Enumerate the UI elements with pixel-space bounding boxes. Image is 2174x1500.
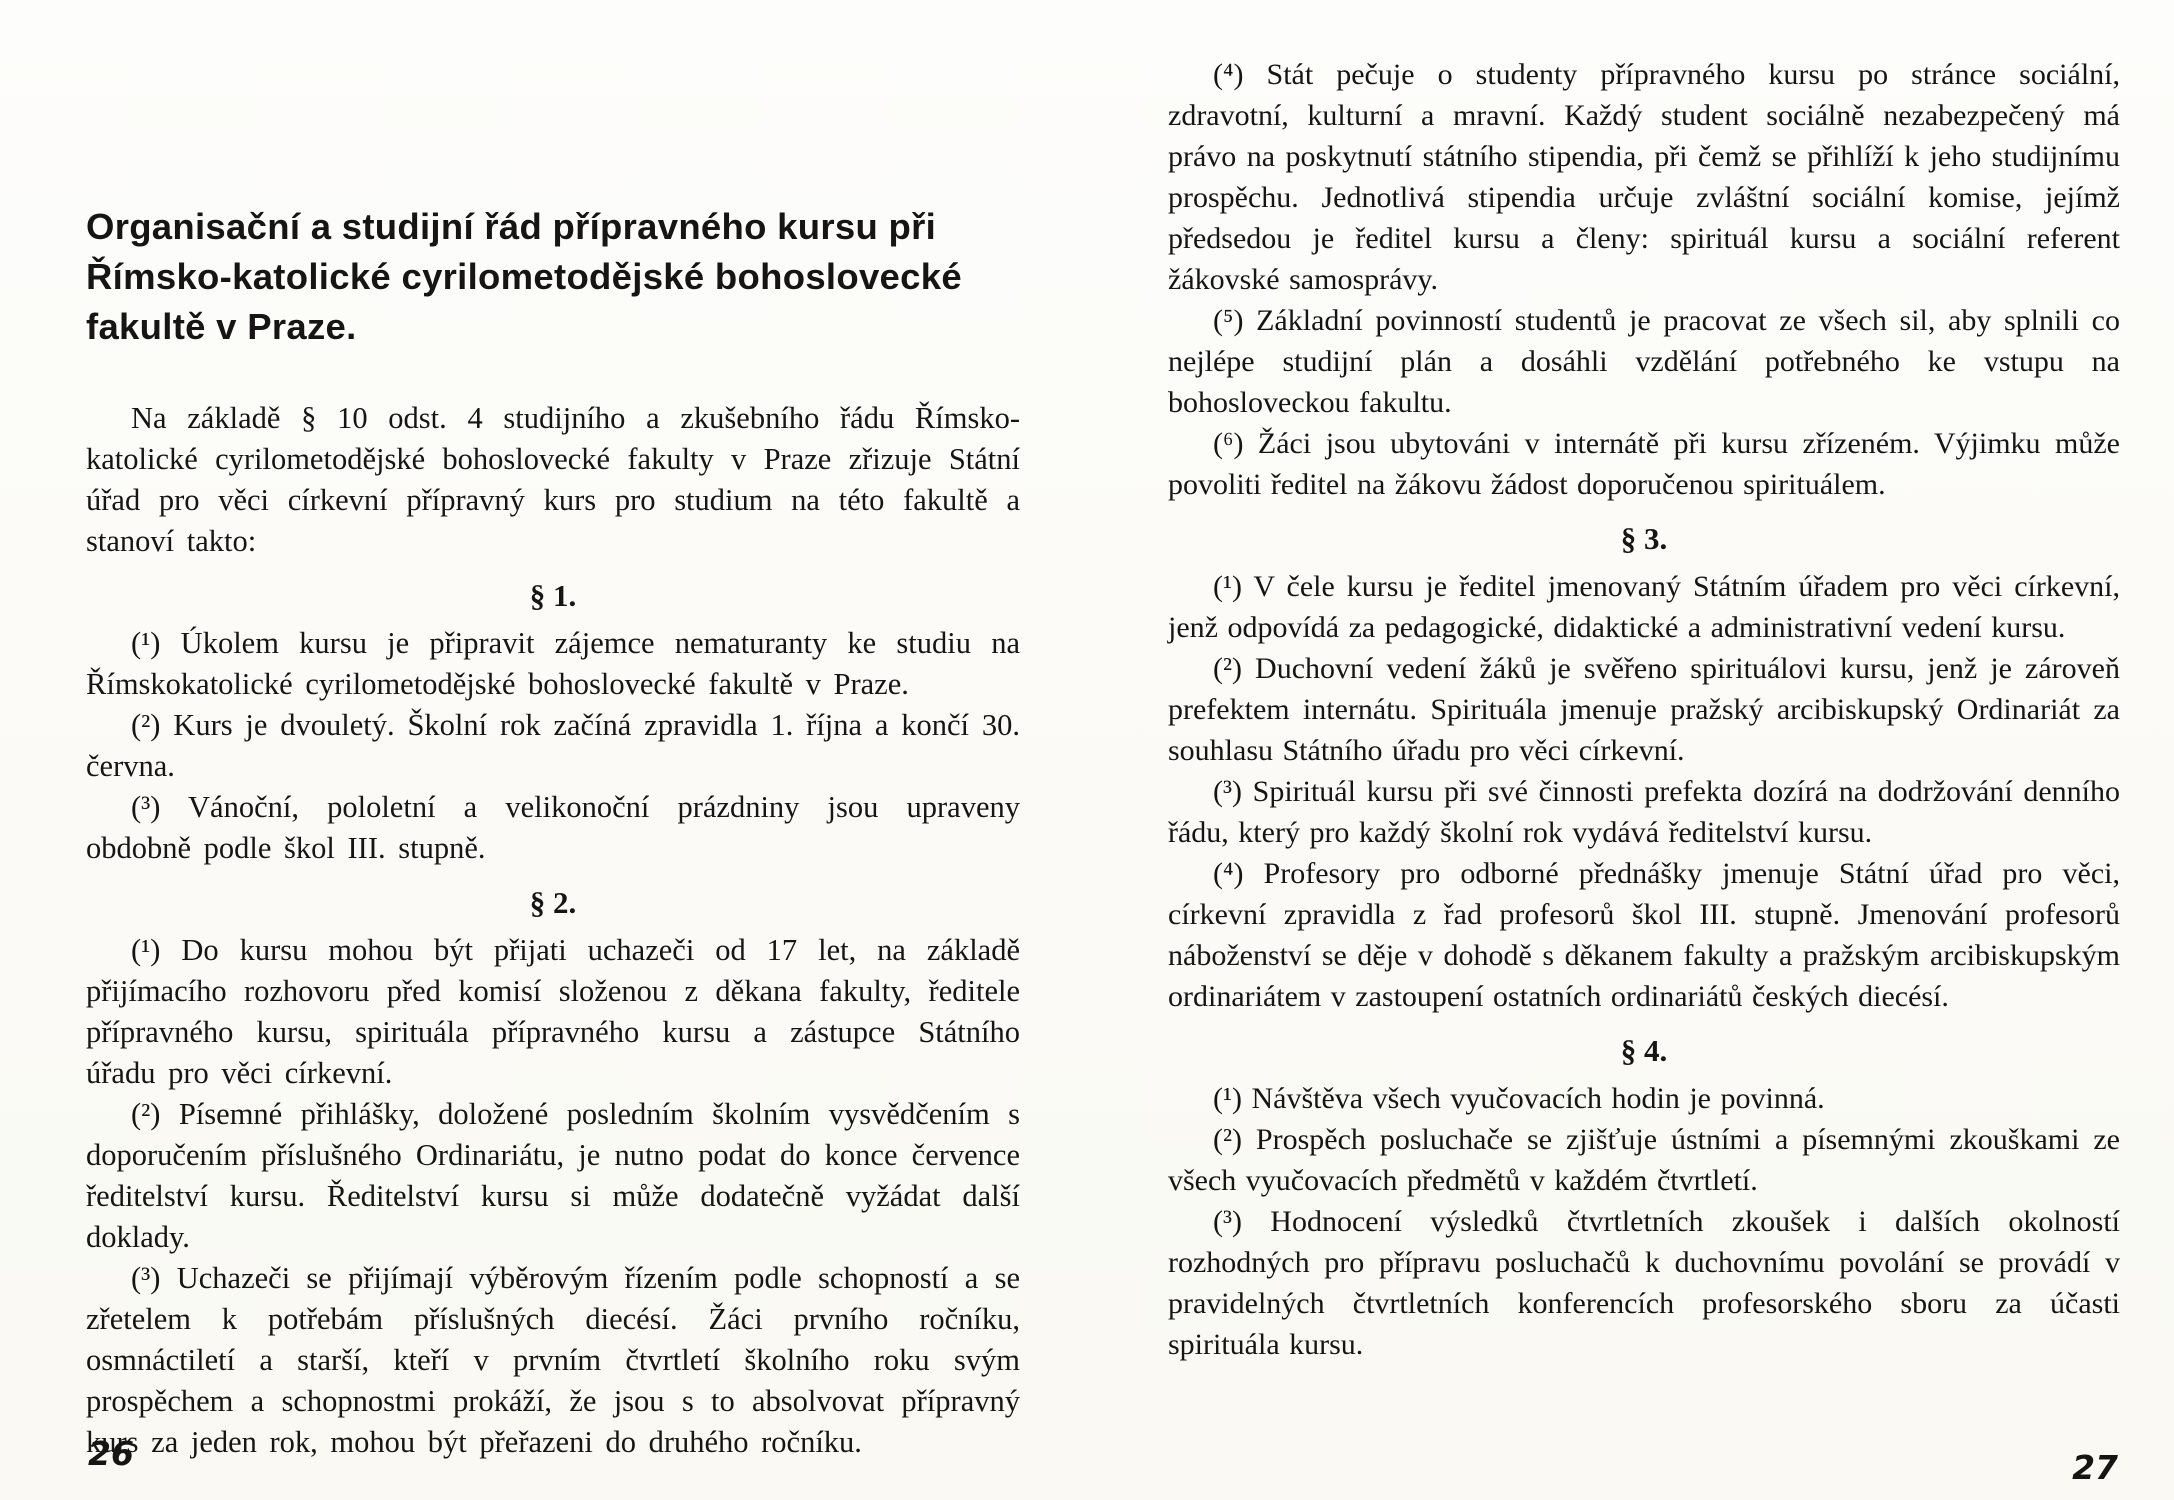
paragraph: (¹) V čele kursu je ředitel jmenovaný St… [1168,566,2120,648]
paragraph: (³) Vánoční, pololetní a velikonoční prá… [86,787,1020,869]
paragraph: (²) Písemné přihlášky, doložené poslední… [86,1094,1020,1258]
paragraph: (¹) Návštěva všech vyučovacích hodin je … [1168,1078,2120,1119]
paragraph: (⁶) Žáci jsou ubytováni v internátě při … [1168,423,2120,505]
section-2-continued: (⁴) Stát pečuje o studenty přípravného k… [1168,54,2120,505]
section-4: § 4. (¹) Návštěva všech vyučovacích hodi… [1168,1030,2120,1365]
paragraph: (²) Kurs je dvouletý. Školní rok začíná … [86,705,1020,787]
section-heading: § 1. [86,575,1020,616]
article-title: Organisační a studijní řád přípravného k… [86,202,1020,352]
paragraph: (²) Prospěch posluchače se zjišťuje ústn… [1168,1119,2120,1201]
book-spread: Organisační a studijní řád přípravného k… [0,0,2174,1500]
paragraph: (³) Uchazeči se přijímají výběrovým říze… [86,1258,1020,1463]
section-2: § 2. (¹) Do kursu mohou být přijati ucha… [86,882,1020,1463]
paragraph: (¹) Do kursu mohou být přijati uchazeči … [86,930,1020,1094]
paragraph: (¹) Úkolem kursu je připravit zájemce ne… [86,623,1020,705]
page-left: Organisační a studijní řád přípravného k… [86,0,1020,1500]
section-heading: § 4. [1168,1030,2120,1071]
intro-paragraph: Na základě § 10 odst. 4 studijního a zku… [86,398,1020,562]
page-right: (⁴) Stát pečuje o studenty přípravného k… [1168,0,2120,1500]
paragraph: (³) Hodnocení výsledků čtvrtletních zkou… [1168,1201,2120,1365]
page-number: 27 [2072,1451,2118,1484]
section-1: § 1. (¹) Úkolem kursu je připravit zájem… [86,575,1020,869]
paragraph: (³) Spirituál kursu při své činnosti pre… [1168,771,2120,853]
section-heading: § 3. [1168,518,2120,559]
section-3: § 3. (¹) V čele kursu je ředitel jmenova… [1168,518,2120,1017]
section-heading: § 2. [86,882,1020,923]
paragraph: (²) Duchovní vedení žáků je svěřeno spir… [1168,648,2120,771]
paragraph: (⁴) Stát pečuje o studenty přípravného k… [1168,54,2120,300]
page-number: 26 [88,1437,134,1470]
paragraph: (⁵) Základní povinností studentů je prac… [1168,300,2120,423]
paragraph: (⁴) Profesory pro odborné přednášky jmen… [1168,853,2120,1017]
